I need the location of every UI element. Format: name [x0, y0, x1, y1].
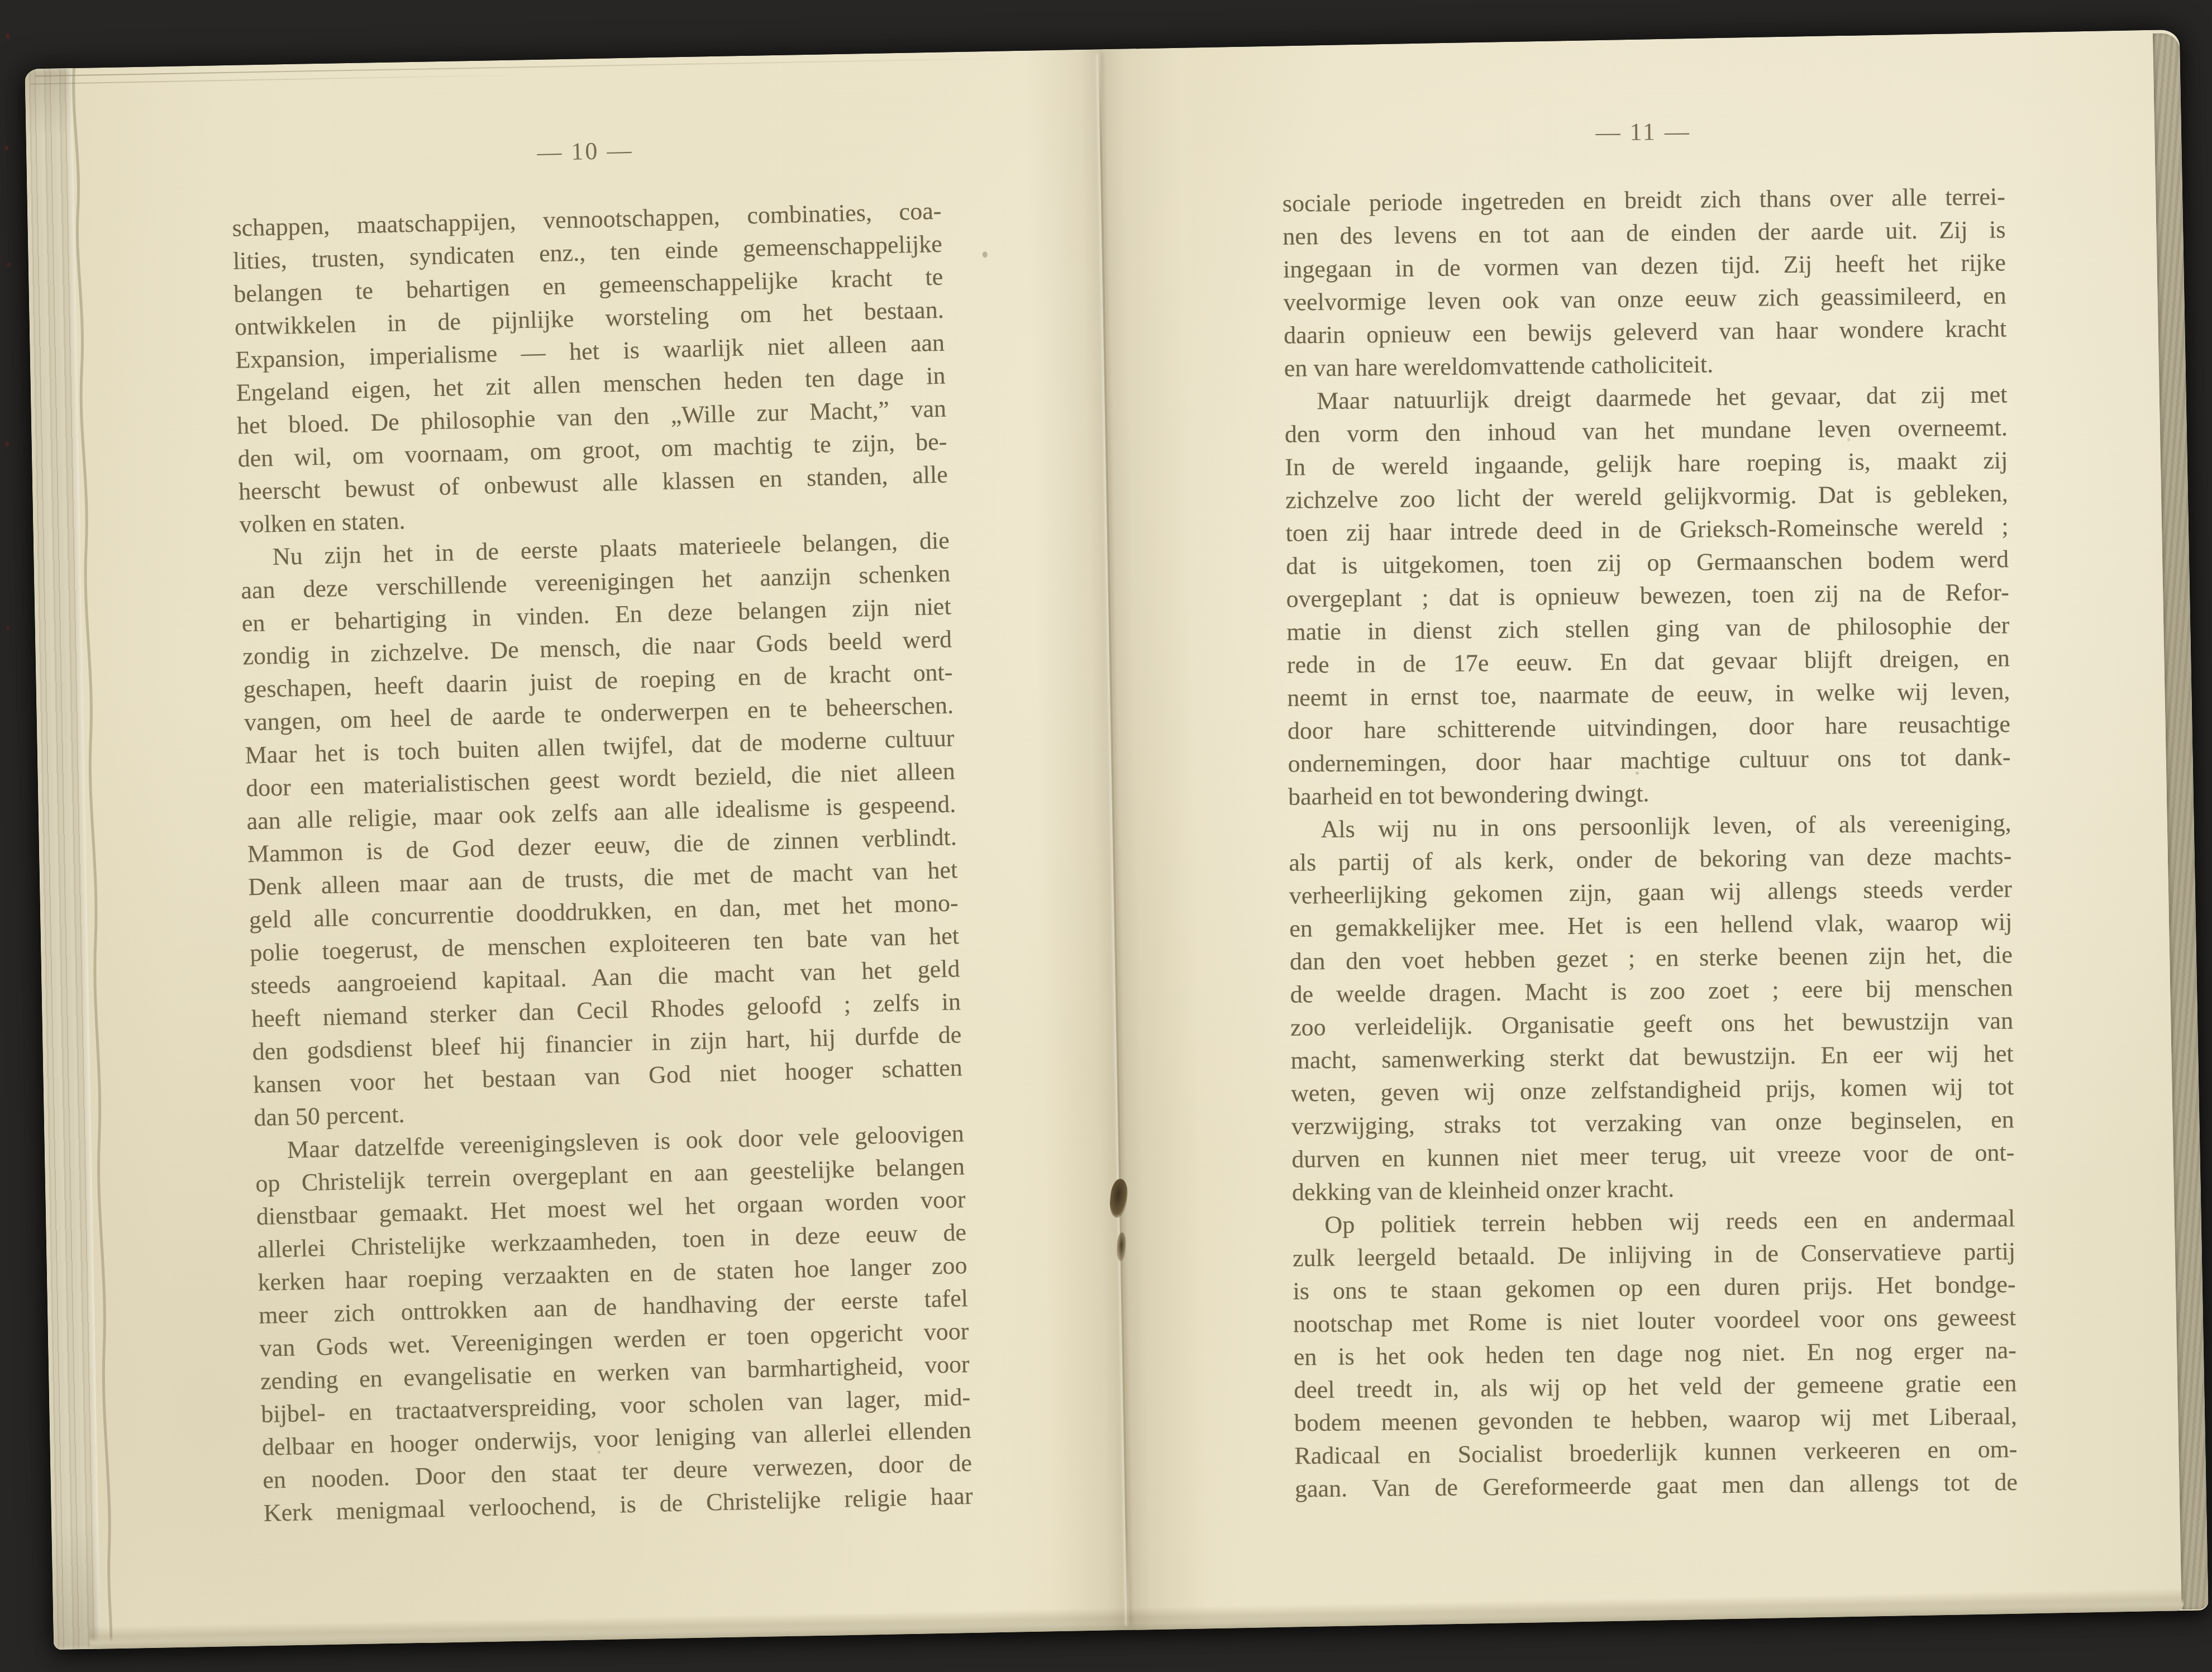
page-number-heading-11: — 11 — [1282, 114, 2005, 154]
top-page-edge-line-2 [31, 74, 533, 84]
scan-edge-speck [6, 626, 9, 630]
scan-edge-speck [4, 145, 8, 150]
page-10: — 10 — schappen, maatschappijen, vennoot… [230, 128, 973, 1530]
scan-edge-speck [5, 441, 9, 447]
scan-edge-speck [7, 263, 11, 267]
page-10-text-block: schappen, maatschappijen, vennootschappe… [232, 194, 973, 1530]
text-line: daarin opnieuw een bewijs geleverd van h… [1284, 312, 2007, 351]
text-line: ondernemingen, door haar machtige cultuu… [1288, 740, 2011, 780]
scan-edge-speck [6, 34, 10, 39]
paper-speck [983, 251, 988, 258]
gutter-shadow [1024, 48, 1210, 1632]
page-number-heading-10: — 10 — [230, 128, 940, 179]
text-line: durven en kunnen niet meer terug, uit vr… [1291, 1136, 2015, 1175]
fore-edge-right [2153, 33, 2209, 1609]
book-spread: — 10 — schappen, maatschappijen, vennoot… [25, 30, 2208, 1650]
page-11: — 11 — sociale periode ingetreden en bre… [1282, 114, 2018, 1505]
scanned-book-photo: — 10 — schappen, maatschappijen, vennoot… [0, 0, 2212, 1672]
text-line: gaan. Van de Gereformeerde gaat men dan … [1295, 1465, 2018, 1505]
page-11-text-block: sociale periode ingetreden en breidt zic… [1283, 180, 2018, 1505]
